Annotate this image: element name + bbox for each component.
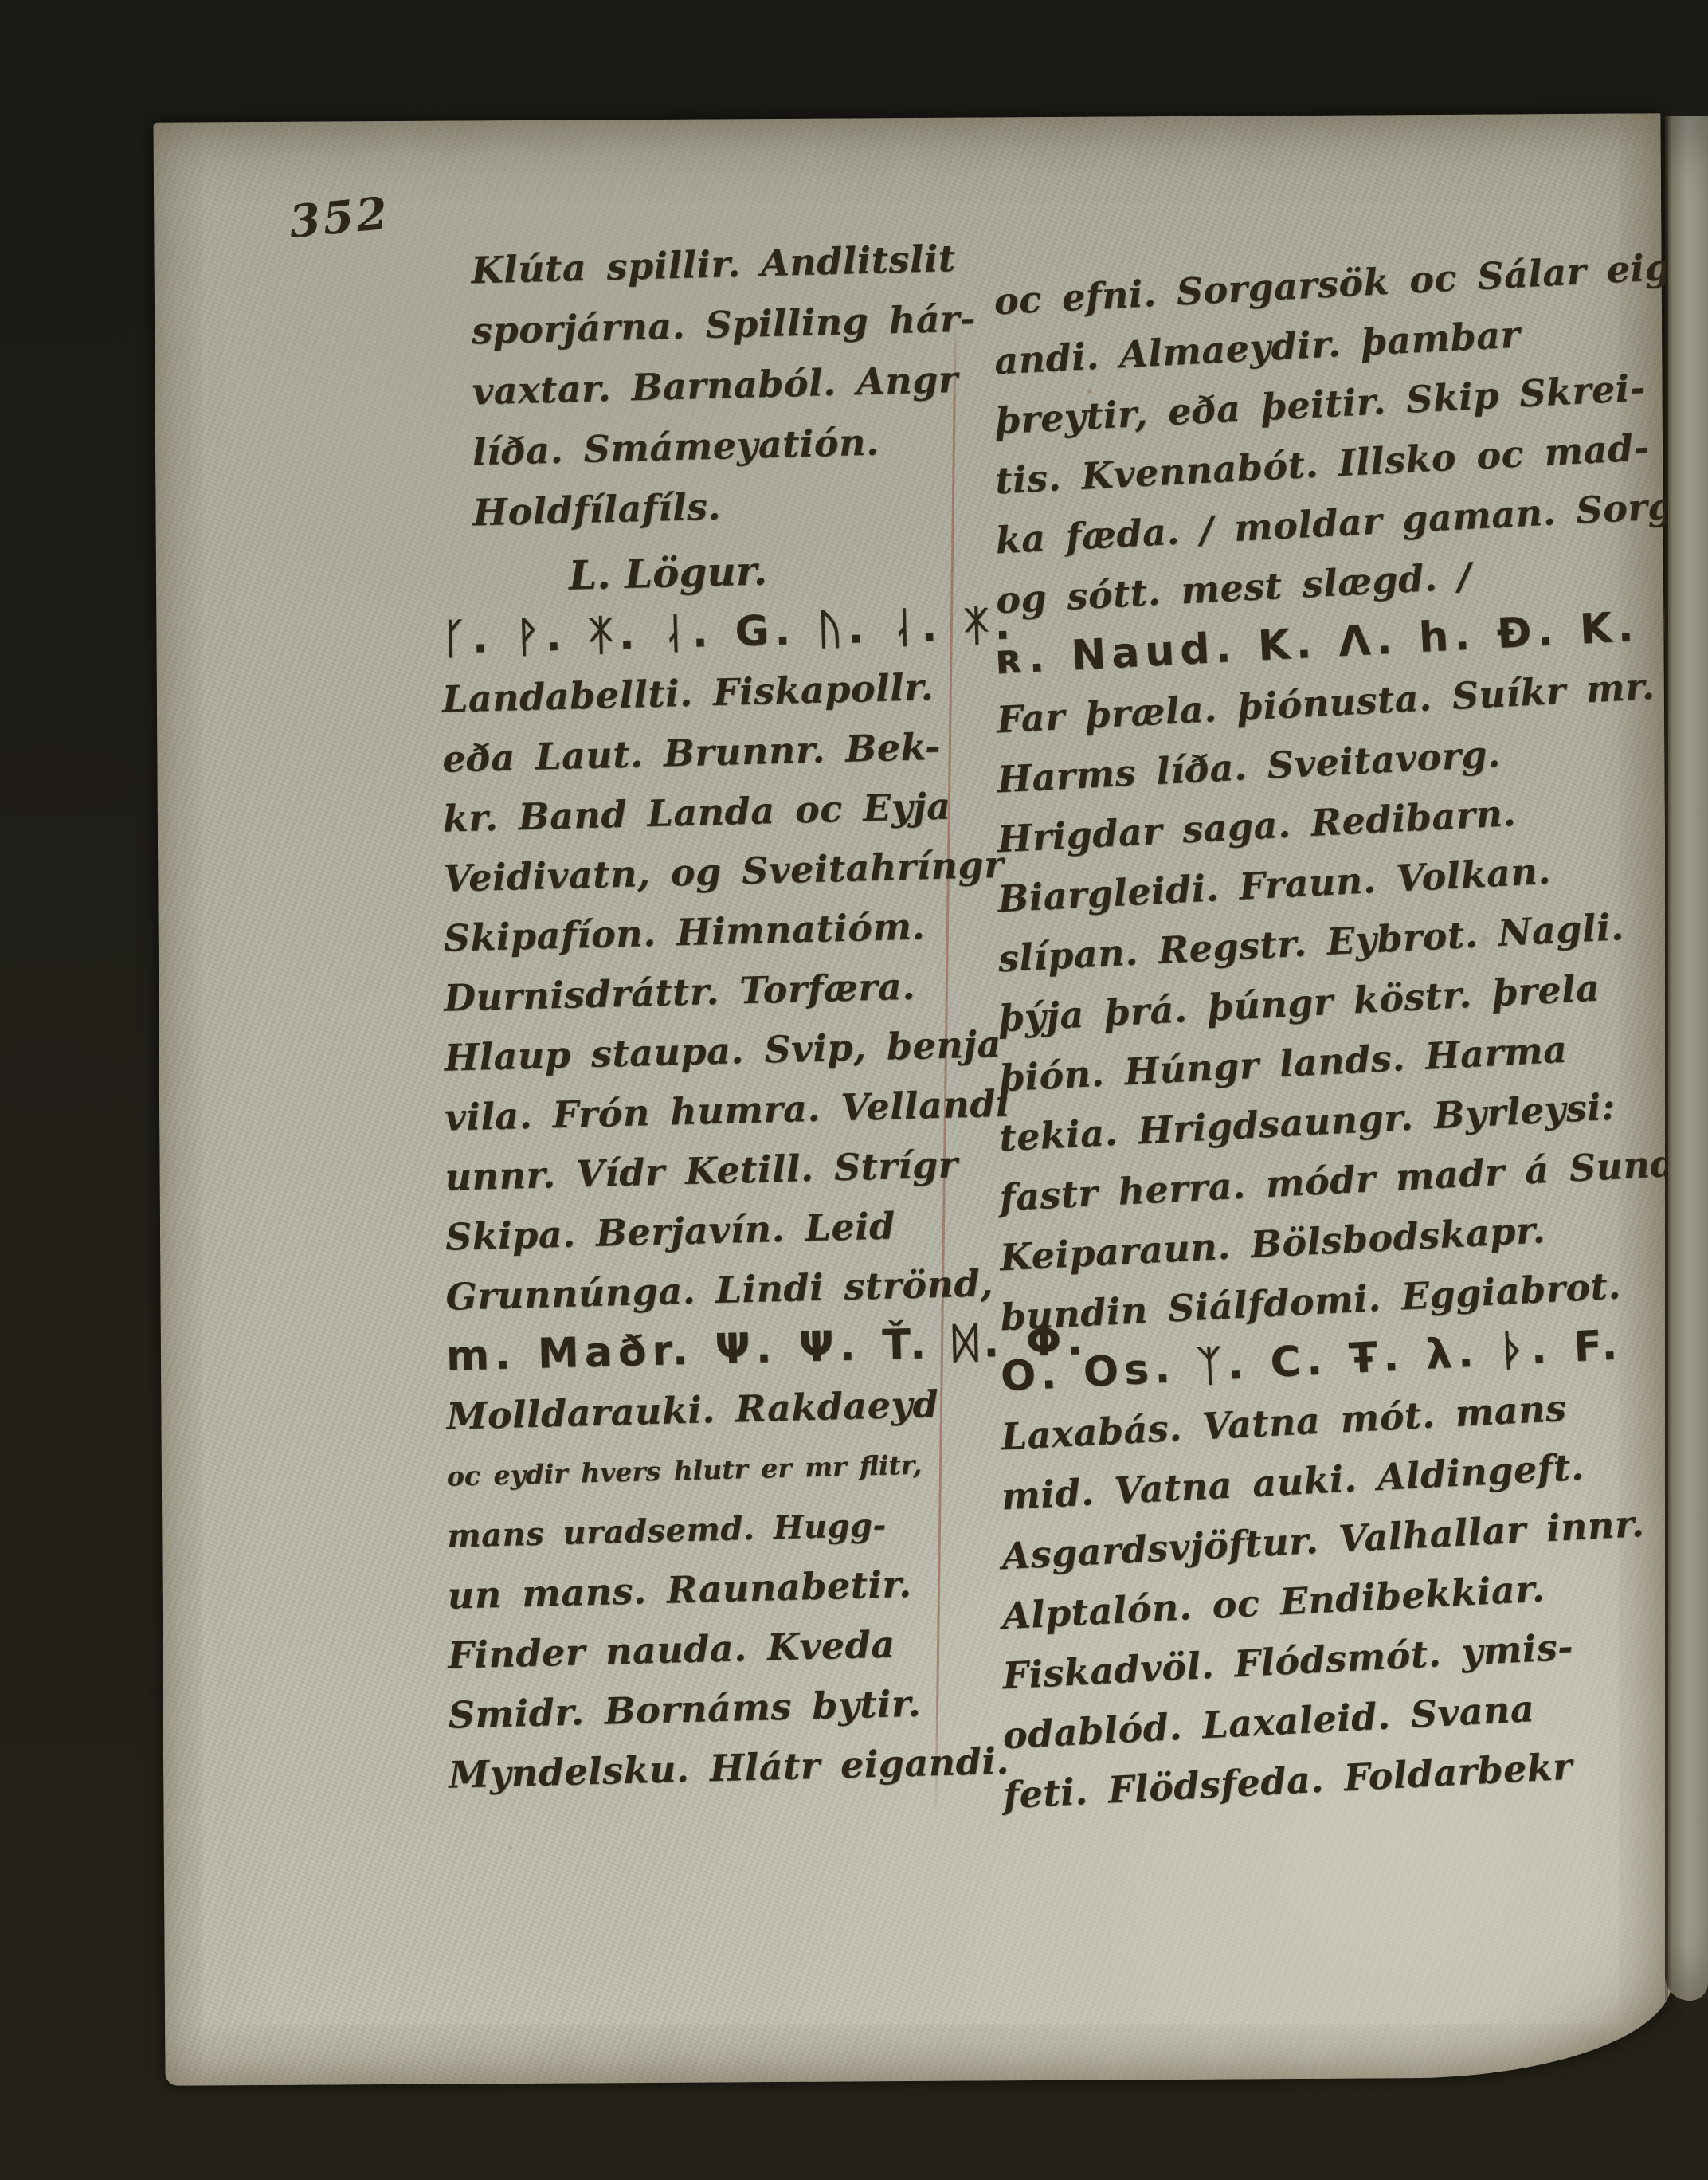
manuscript-page: 352 Klúta spillir. Andlitslitsporjárna. … bbox=[153, 113, 1672, 2086]
left-column-list: ᚴ. ᚹ. ᛡ. ᛆ. G. ᚢ. ᛆ. ᛡ.Landabellti. Fisk… bbox=[441, 606, 1006, 1805]
right-column-list: oc efni. Sorgarsök oc Sálar eig-andi. Al… bbox=[994, 267, 1708, 1825]
left-column-intro: Klúta spillir. Andlitslitsporjárna. Spil… bbox=[471, 237, 998, 543]
right-column: oc efni. Sorgarsök oc Sálar eig-andi. Al… bbox=[994, 267, 1708, 1825]
left-column: Klúta spillir. Andlitslitsporjárna. Spil… bbox=[439, 237, 1006, 1805]
page-number: 352 bbox=[287, 187, 392, 249]
page-crease-line bbox=[1665, 116, 1668, 2001]
photo-backdrop: 352 Klúta spillir. Andlitslitsporjárna. … bbox=[0, 0, 1708, 2180]
text-line: Holdfílafíls. bbox=[472, 469, 1000, 543]
book-fore-edge bbox=[1665, 116, 1708, 2001]
